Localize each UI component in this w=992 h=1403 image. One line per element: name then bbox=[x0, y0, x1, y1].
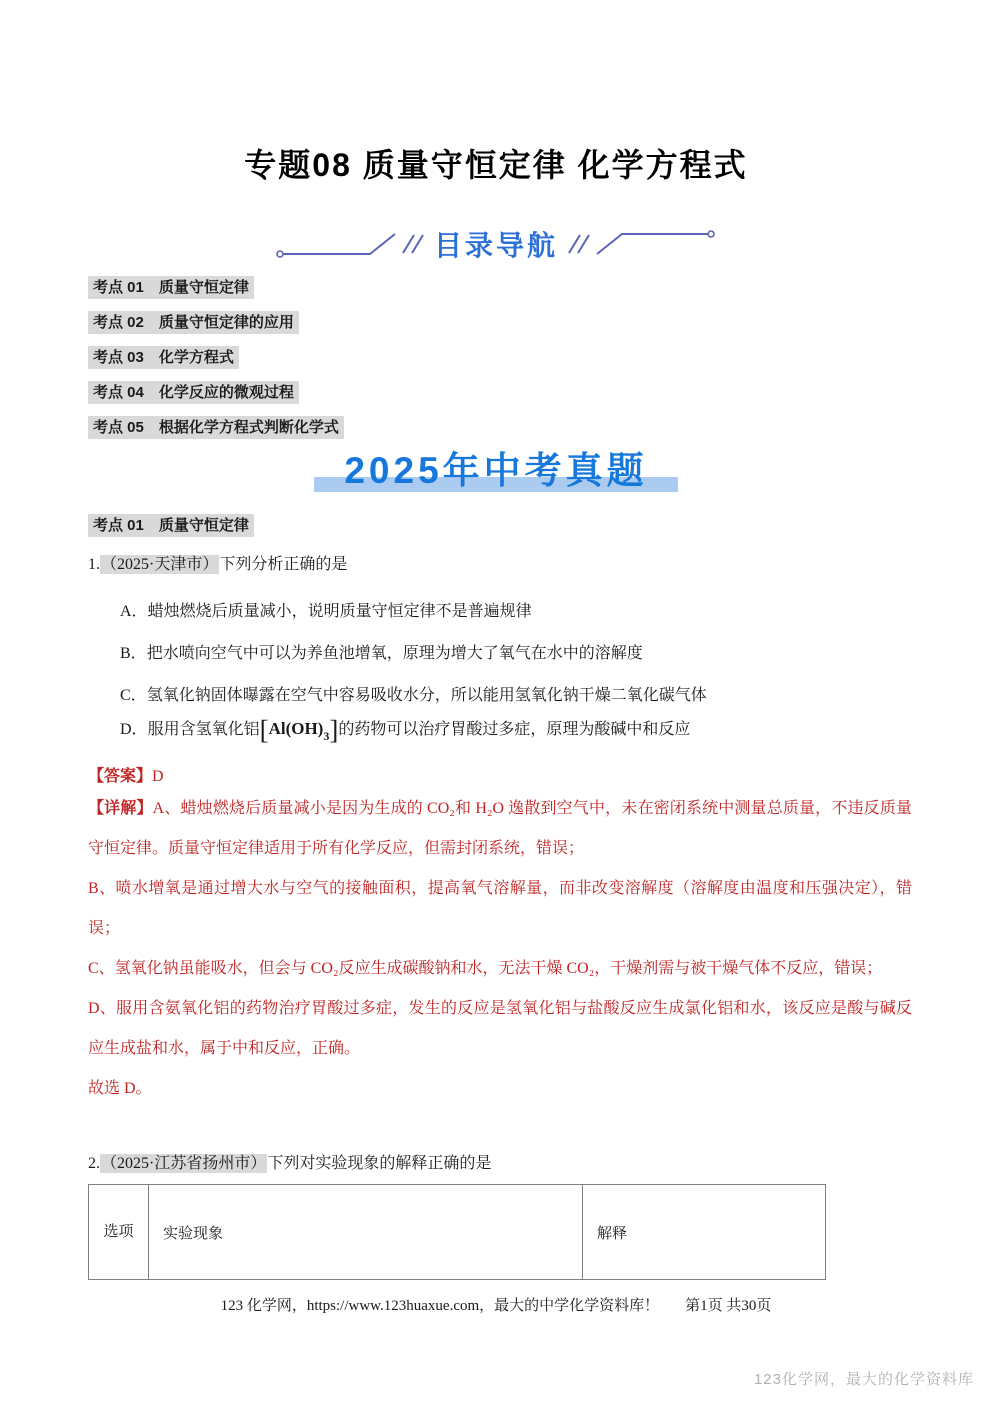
table-header-option: 选项 bbox=[89, 1185, 149, 1280]
question-2-source: （2025·江苏省扬州市） bbox=[100, 1154, 267, 1173]
toc-list: 考点 01 质量守恒定律 考点 02 质量守恒定律的应用 考点 03 化学方程式… bbox=[88, 276, 344, 451]
analysis-block: 【详解】A、蜡烛燃烧后质量减小是因为生成的 CO₂和 H₂O 逸散到空气中，未在… bbox=[88, 789, 912, 1109]
toc-item-04: 考点 04 化学反应的微观过程 bbox=[88, 381, 299, 404]
document-page: 专题08 质量守恒定律 化学方程式 目录导航 考点 01 质量守恒定律 考点 0… bbox=[0, 0, 992, 1403]
aloh3-formula: [Al(OH)3] bbox=[260, 721, 339, 738]
table-header-phenomenon: 实验现象 bbox=[149, 1185, 583, 1280]
footer-page-number: 第1页 共30页 bbox=[685, 1298, 771, 1314]
analysis-text-a: A、蜡烛燃烧后质量减小是因为生成的 CO₂和 H₂O 逸散到空气中，未在密闭系统… bbox=[88, 800, 912, 857]
option-c-label: C． bbox=[120, 687, 147, 704]
watermark: 123化学网，最大的化学资料库 bbox=[754, 1368, 974, 1389]
option-d-post-text: 的药物可以治疗胃酸过多症，原理为酸碱中和反应 bbox=[338, 721, 690, 738]
option-c: C．氢氧化钠固体曝露在空气中容易吸收水分，所以能用氢氧化钠干燥二氧化碳气体 bbox=[120, 682, 920, 705]
table-header-explanation: 解释 bbox=[583, 1185, 826, 1280]
nav-line-left-icon bbox=[274, 226, 426, 262]
answer-label: 【答案】 bbox=[88, 768, 152, 785]
question-2-text: 下列对实验现象的解释正确的是 bbox=[267, 1155, 491, 1172]
experiment-table: 选项 实验现象 解释 bbox=[88, 1184, 826, 1280]
option-b-text: 把水喷向空气中可以为养鱼池增氧，原理为增大了氧气在水中的溶解度 bbox=[147, 645, 643, 662]
table-header-row: 选项 实验现象 解释 bbox=[89, 1185, 826, 1280]
option-a-text: 蜡烛燃烧后质量减小，说明质量守恒定律不是普遍规律 bbox=[148, 603, 532, 620]
toc-nav-banner: 目录导航 bbox=[0, 224, 992, 264]
toc-item-03: 考点 03 化学方程式 bbox=[88, 346, 239, 369]
page-title: 专题08 质量守恒定律 化学方程式 bbox=[0, 140, 992, 186]
answer-line: 【答案】D bbox=[88, 763, 164, 786]
nav-line-right-icon bbox=[566, 226, 718, 262]
analysis-paragraph-b: B、喷水增氧是通过增大水与空气的接触面积，提高氧气溶解量，而非改变溶解度（溶解度… bbox=[88, 869, 912, 949]
option-a: A．蜡烛燃烧后质量减小，说明质量守恒定律不是普遍规律 bbox=[120, 598, 920, 621]
exam-year-banner: 2025年中考真题 bbox=[0, 440, 992, 494]
option-d-pre-text: 服用含氢氧化铝 bbox=[148, 721, 260, 738]
formula-left-bracket: [ bbox=[260, 715, 269, 745]
analysis-conclusion: 故选 D。 bbox=[88, 1069, 912, 1109]
formula-right-bracket: ] bbox=[329, 715, 338, 745]
question-1-stem: 1.（2025·天津市）下列分析正确的是 bbox=[88, 551, 347, 574]
option-d-label: D． bbox=[120, 721, 148, 738]
question-2-stem: 2.（2025·江苏省扬州市）下列对实验现象的解释正确的是 bbox=[88, 1150, 491, 1173]
option-b: B．把水喷向空气中可以为养鱼池增氧，原理为增大了氧气在水中的溶解度 bbox=[120, 640, 920, 663]
toc-nav-label: 目录导航 bbox=[434, 224, 558, 264]
banner-label: 2025年中考真题 bbox=[344, 450, 647, 491]
question-1-number: 1. bbox=[88, 556, 100, 573]
toc-item-05: 考点 05 根据化学方程式判断化学式 bbox=[88, 416, 344, 439]
answer-value: D bbox=[152, 768, 164, 785]
analysis-paragraph-a: 【详解】A、蜡烛燃烧后质量减小是因为生成的 CO₂和 H₂O 逸散到空气中，未在… bbox=[88, 789, 912, 869]
question-2-number: 2. bbox=[88, 1155, 100, 1172]
option-b-label: B． bbox=[120, 645, 147, 662]
section-heading: 考点 01 质量守恒定律 bbox=[88, 514, 254, 537]
toc-item-02: 考点 02 质量守恒定律的应用 bbox=[88, 311, 299, 334]
toc-item-01: 考点 01 质量守恒定律 bbox=[88, 276, 254, 299]
analysis-label: 【详解】 bbox=[88, 800, 153, 817]
page-footer: 123 化学网，https://www.123huaxue.com，最大的中学化… bbox=[0, 1294, 992, 1315]
analysis-paragraph-d: D、服用含氨氧化铝的药物治疗胃酸过多症，发生的反应是氢氧化铝与盐酸反应生成氯化铝… bbox=[88, 989, 912, 1069]
question-1-text: 下列分析正确的是 bbox=[219, 556, 347, 573]
footer-site-info: 123 化学网，https://www.123huaxue.com，最大的中学化… bbox=[221, 1298, 660, 1314]
analysis-paragraph-c: C、氢氧化钠虽能吸水，但会与 CO₂反应生成碳酸钠和水，无法干燥 CO₂，干燥剂… bbox=[88, 949, 912, 989]
question-1-source: （2025·天津市） bbox=[100, 555, 219, 574]
formula-body: Al(OH) bbox=[269, 719, 324, 738]
option-c-text: 氢氧化钠固体曝露在空气中容易吸收水分，所以能用氢氧化钠干燥二氧化碳气体 bbox=[147, 687, 707, 704]
option-a-label: A． bbox=[120, 603, 148, 620]
option-d: D．服用含氢氧化铝[Al(OH)3]的药物可以治疗胃酸过多症，原理为酸碱中和反应 bbox=[120, 716, 920, 744]
